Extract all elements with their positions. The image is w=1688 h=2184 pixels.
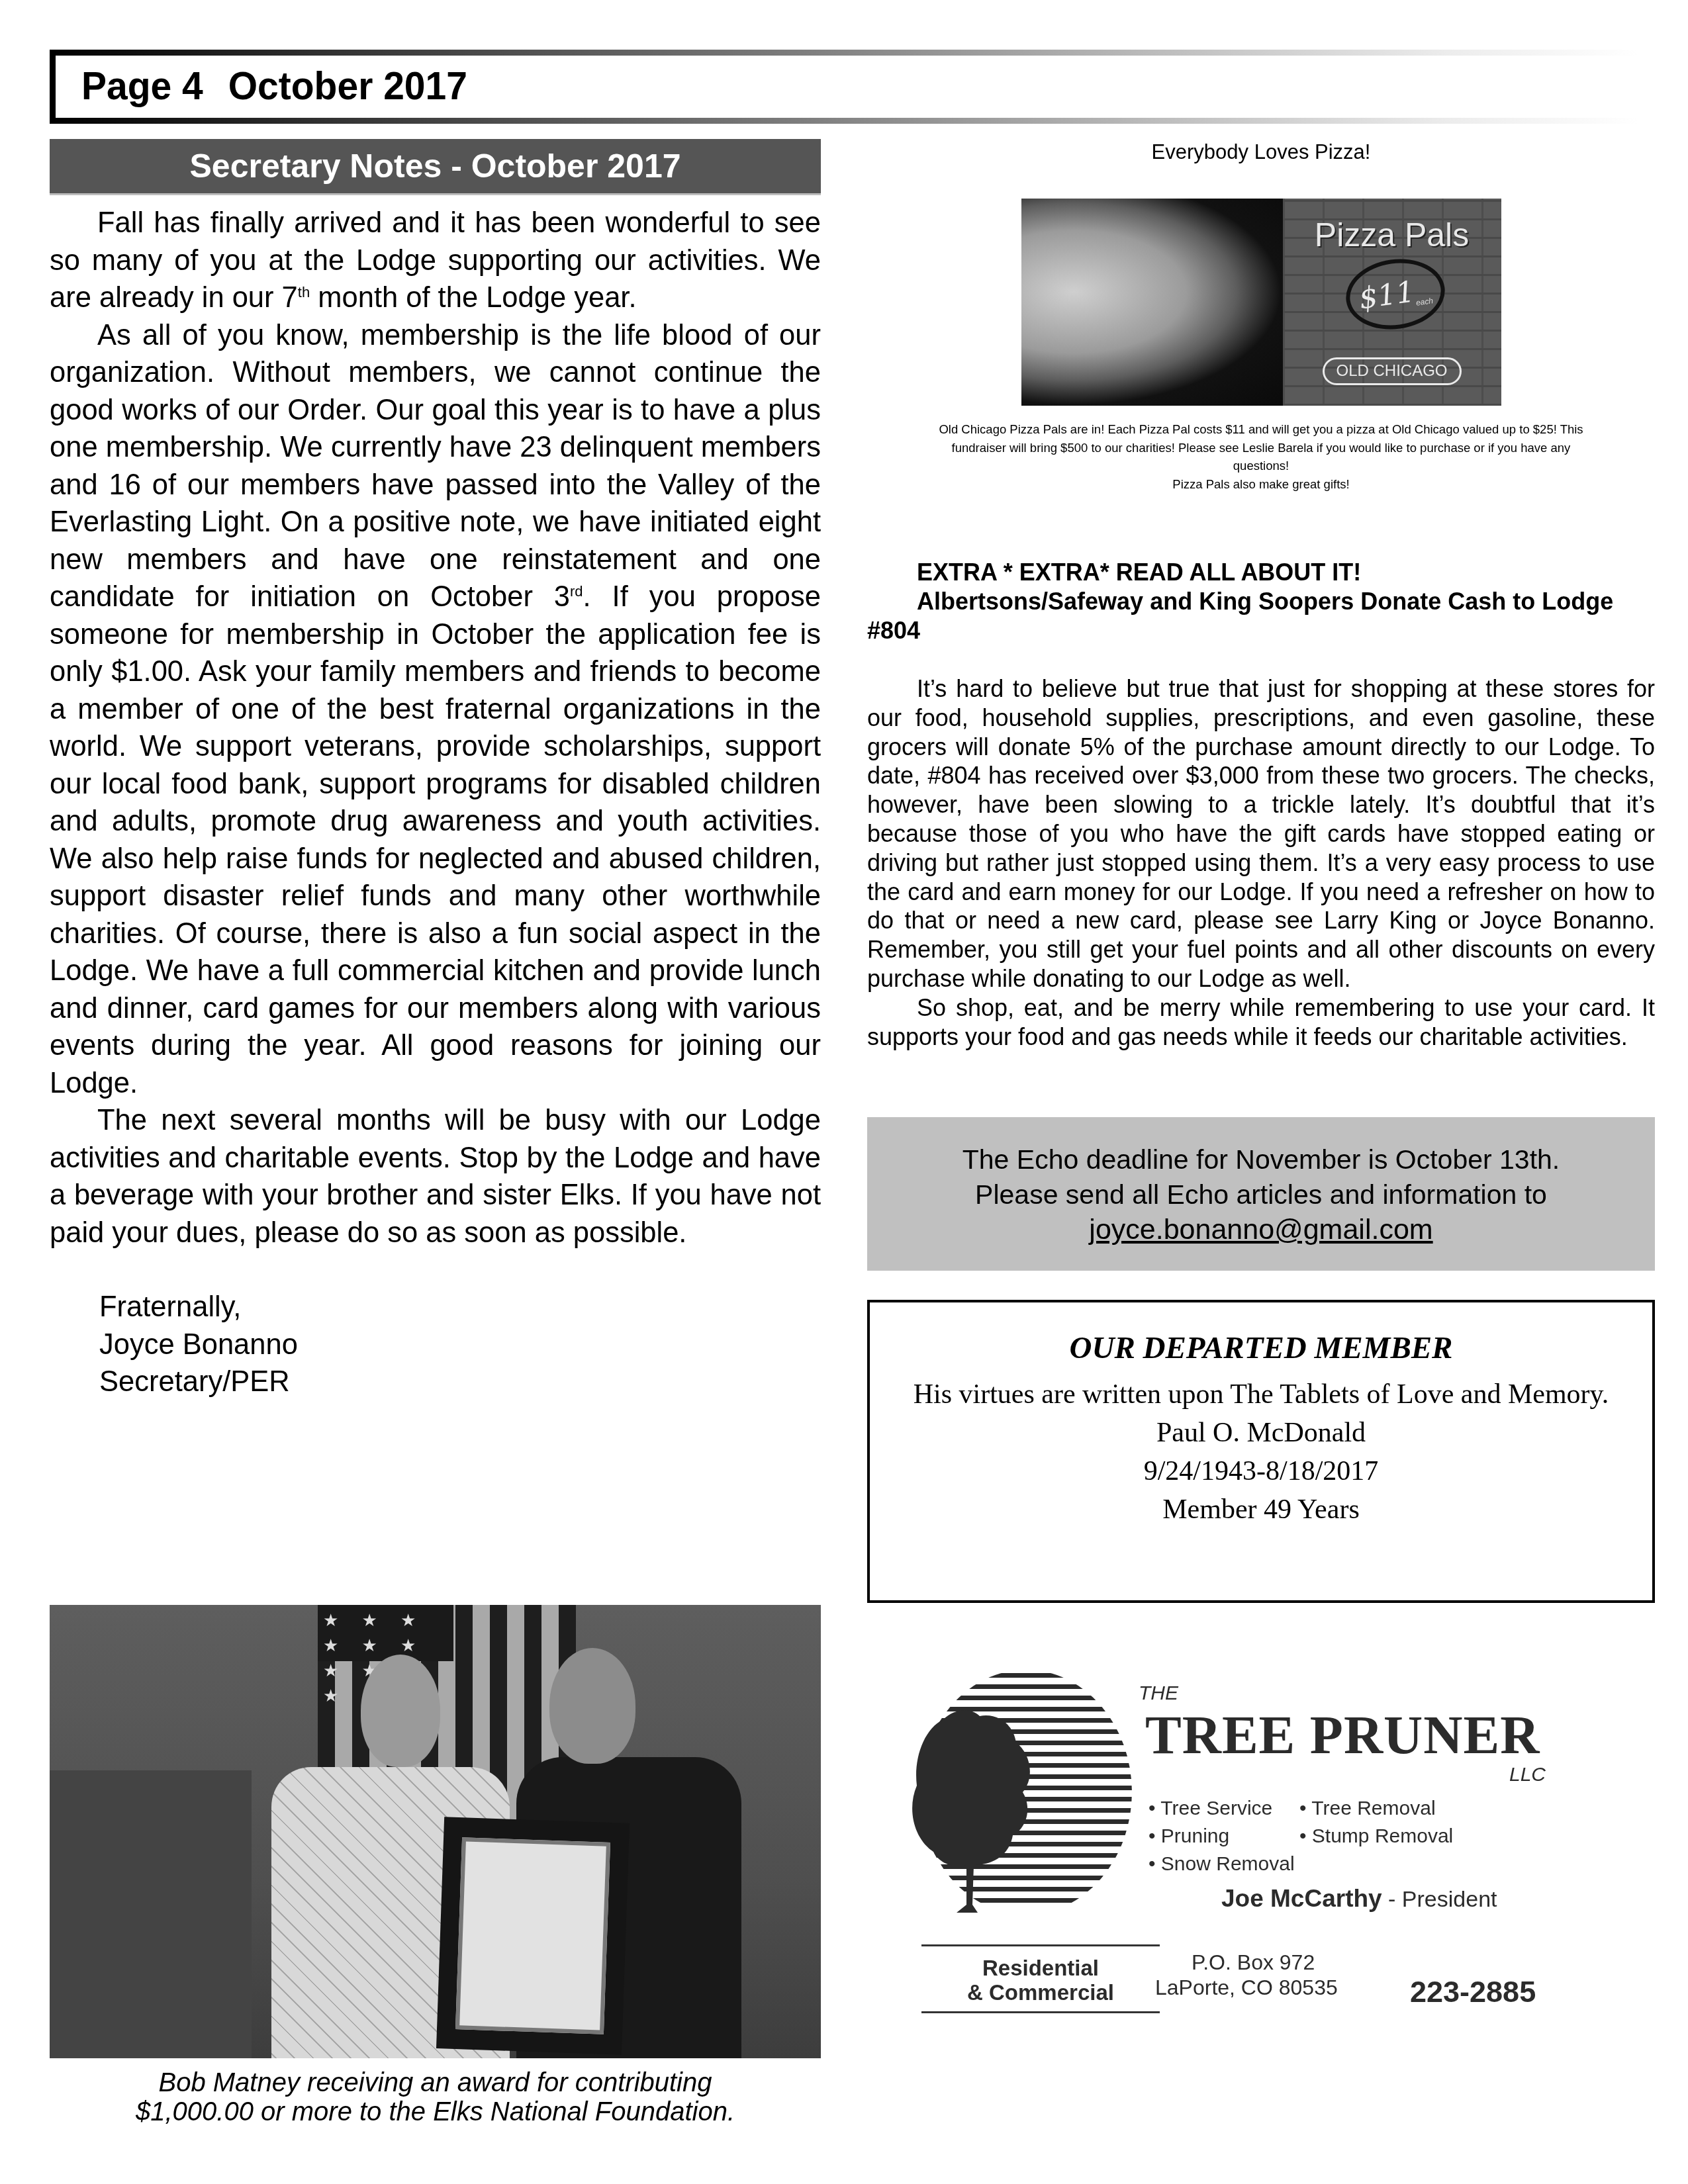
- pizza-pals-title: Pizza Pals: [1283, 216, 1501, 254]
- pizza-description: Old Chicago Pizza Pals are in! Each Pizz…: [867, 420, 1655, 493]
- pizza-pals-ad-image: Pizza Pals $11 each OLD CHICAGO: [1021, 199, 1501, 406]
- owner-line: Joe McCarthy - President: [1221, 1885, 1497, 1913]
- page-number: Page 4: [81, 64, 203, 108]
- recipient-head: [361, 1655, 440, 1767]
- service-item: • Tree Service: [1149, 1795, 1299, 1823]
- headline-donate: Albertsons/Safeway and King Soopers Dona…: [867, 587, 1655, 645]
- service-item: • Snow Removal: [1149, 1850, 1299, 1878]
- page-header: Page 4October 2017: [50, 50, 1638, 124]
- email-link[interactable]: joyce.bonanno@gmail.com: [867, 1212, 1655, 1248]
- deadline-line: The Echo deadline for November is Octobe…: [867, 1142, 1655, 1177]
- grocery-headline: EXTRA * EXTRA* READ ALL ABOUT IT! Albert…: [867, 558, 1655, 645]
- tree-pruner-ad: THE TREE PRUNER LLC • Tree Service • Tre…: [867, 1648, 1655, 2052]
- brand-the: THE: [1139, 1682, 1178, 1705]
- presenter-head: [549, 1648, 635, 1764]
- phone-number: 223-2885: [1410, 1975, 1536, 2009]
- award-plaque: [436, 1817, 630, 2055]
- segment-block: Residential & Commercial: [921, 1944, 1160, 2013]
- pizza-heading: Everybody Loves Pizza!: [867, 140, 1655, 164]
- signature-block: Fraternally, Joyce Bonanno Secretary/PER: [50, 1289, 821, 1401]
- header-gradient-rule-bottom: [50, 118, 1638, 124]
- old-chicago-logo: OLD CHICAGO: [1323, 357, 1462, 385]
- tree-logo-icon: [904, 1666, 1139, 1921]
- departed-name: Paul O. McDonald: [870, 1414, 1652, 1452]
- left-column: Secretary Notes - October 2017 Fall has …: [50, 139, 821, 1401]
- grocery-article: It’s hard to believe but true that just …: [867, 674, 1655, 1051]
- departed-virtues: His virtues are written upon The Tablets…: [870, 1375, 1652, 1414]
- signature-title: Secretary/PER: [99, 1363, 821, 1401]
- services-list: • Tree Service • Tree Removal • Pruning …: [1149, 1795, 1472, 1878]
- signature-name: Joyce Bonanno: [99, 1326, 821, 1364]
- headline-extra: EXTRA * EXTRA* READ ALL ABOUT IT!: [867, 558, 1655, 587]
- article-paragraph: It’s hard to believe but true that just …: [867, 674, 1655, 993]
- flag-stars-icon: ★ ★ ★ ★ ★ ★ ★ ★ ★ ★: [318, 1605, 453, 1661]
- brand-suffix: LLC: [1509, 1764, 1546, 1786]
- service-item: • Stump Removal: [1299, 1823, 1472, 1850]
- departed-heading: OUR DEPARTED MEMBER: [870, 1330, 1652, 1366]
- owner-title: - President: [1382, 1887, 1497, 1912]
- mailing-address: P.O. Box 972 LaPorte, CO 80535: [1155, 1950, 1338, 2000]
- pizza-photo: [1021, 199, 1283, 406]
- photo-caption: Bob Matney receiving an award for contri…: [50, 2068, 821, 2126]
- article-paragraph: As all of you know, membership is the li…: [50, 317, 821, 1103]
- secretary-notes-article: Fall has finally arrived and it has been…: [50, 205, 821, 1251]
- service-item: • Tree Removal: [1299, 1795, 1472, 1823]
- owner-name: Joe McCarthy: [1221, 1885, 1382, 1912]
- header-gradient-rule-top: [50, 50, 1638, 56]
- brick-panel: Pizza Pals $11 each OLD CHICAGO: [1283, 199, 1501, 406]
- article-paragraph: The next several months will be busy wit…: [50, 1102, 821, 1251]
- deadline-instructions: Please send all Echo articles and inform…: [867, 1177, 1655, 1212]
- service-item: • Pruning: [1149, 1823, 1299, 1850]
- issue-date: October 2017: [228, 64, 467, 108]
- price-suffix: each: [1415, 296, 1434, 307]
- price: $11: [1356, 275, 1416, 316]
- price-circle: $11 each: [1341, 253, 1449, 336]
- award-photo: ★ ★ ★ ★ ★ ★ ★ ★ ★ ★: [50, 1605, 821, 2058]
- departed-member-box: OUR DEPARTED MEMBER His virtues are writ…: [867, 1300, 1655, 1603]
- secretary-notes-banner: Secretary Notes - October 2017: [50, 139, 821, 195]
- echo-deadline-box: The Echo deadline for November is Octobe…: [867, 1117, 1655, 1271]
- wall-panel: [50, 1770, 252, 2058]
- right-column: Everybody Loves Pizza! Pizza Pals $11 ea…: [867, 132, 1655, 2052]
- departed-dates: 9/24/1943-8/18/2017: [870, 1452, 1652, 1490]
- departed-tenure: Member 49 Years: [870, 1490, 1652, 1529]
- article-paragraph: So shop, eat, and be merry while remembe…: [867, 993, 1655, 1052]
- article-paragraph: Fall has finally arrived and it has been…: [50, 205, 821, 317]
- brand-name: TREE PRUNER: [1145, 1704, 1540, 1766]
- header-rule-left: [50, 50, 56, 124]
- signature-closing: Fraternally,: [99, 1289, 821, 1326]
- page-title: Page 4October 2017: [81, 63, 467, 109]
